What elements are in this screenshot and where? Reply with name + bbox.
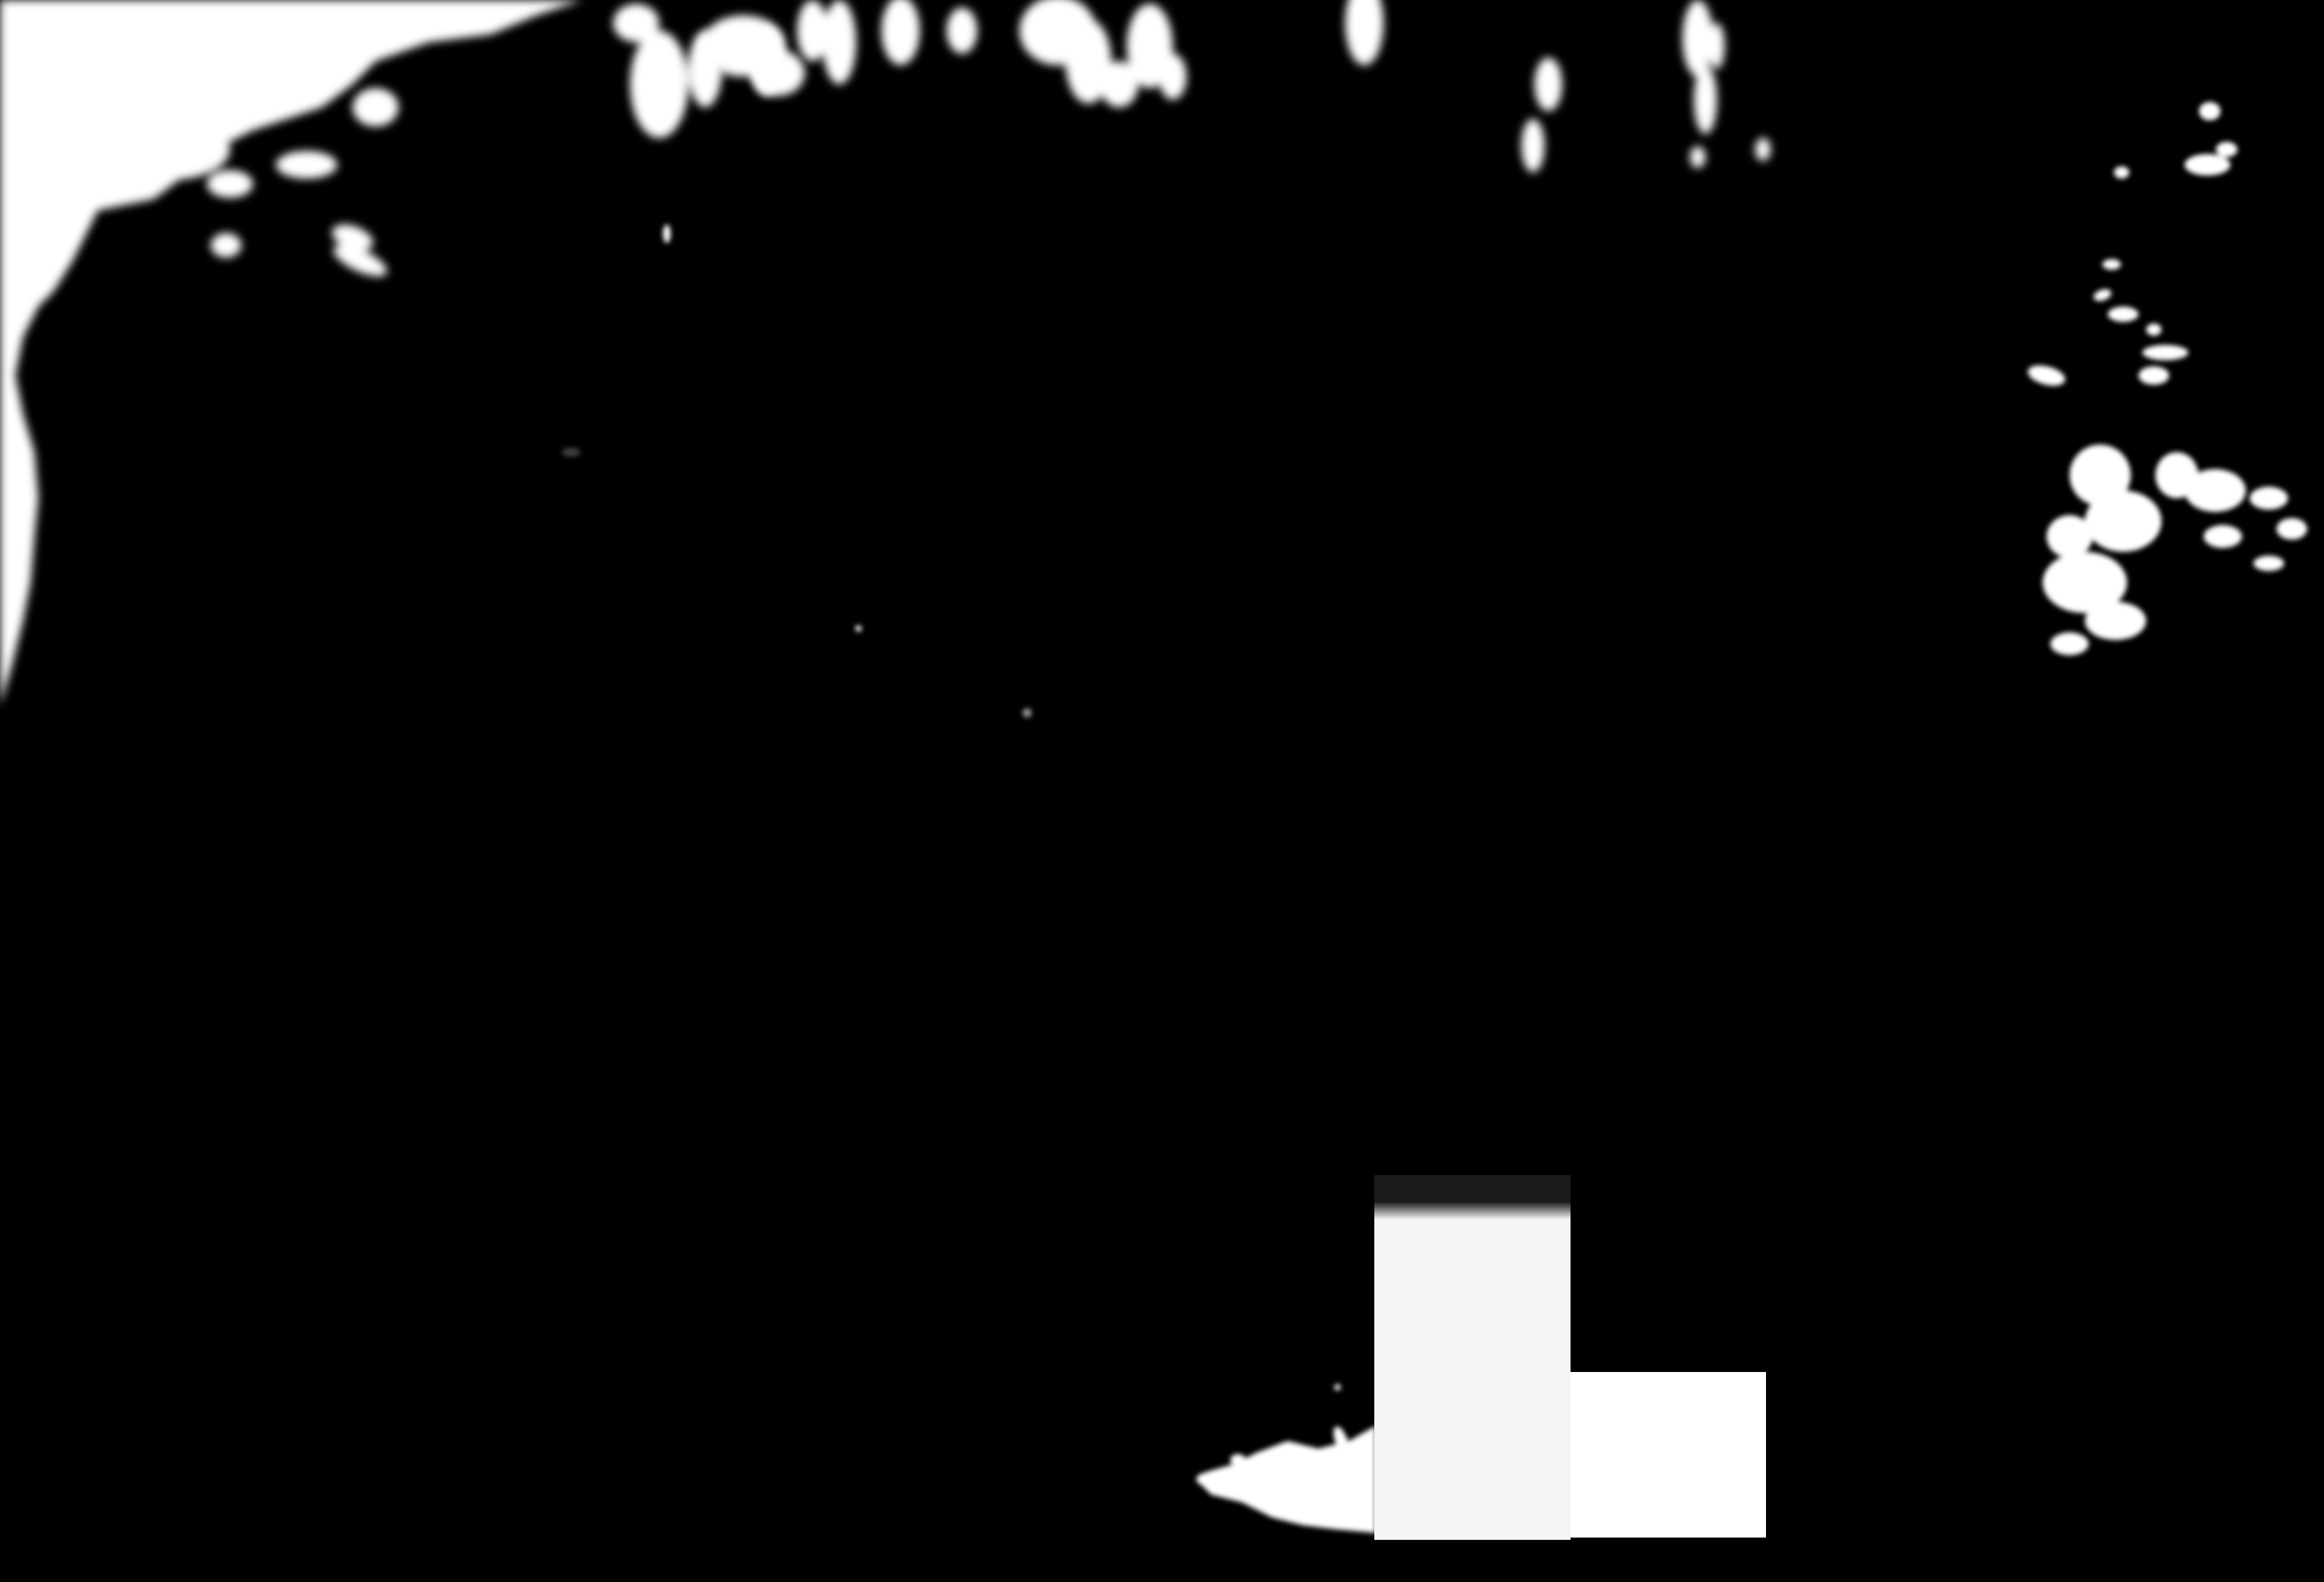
photo-scene: [0, 0, 2324, 1582]
tile-shadow-band: [1374, 1175, 1571, 1219]
bright-tile-upper: [1374, 1175, 1571, 1540]
bright-tile-lower: [1571, 1372, 1766, 1538]
canopy-photo: [0, 0, 2324, 1582]
